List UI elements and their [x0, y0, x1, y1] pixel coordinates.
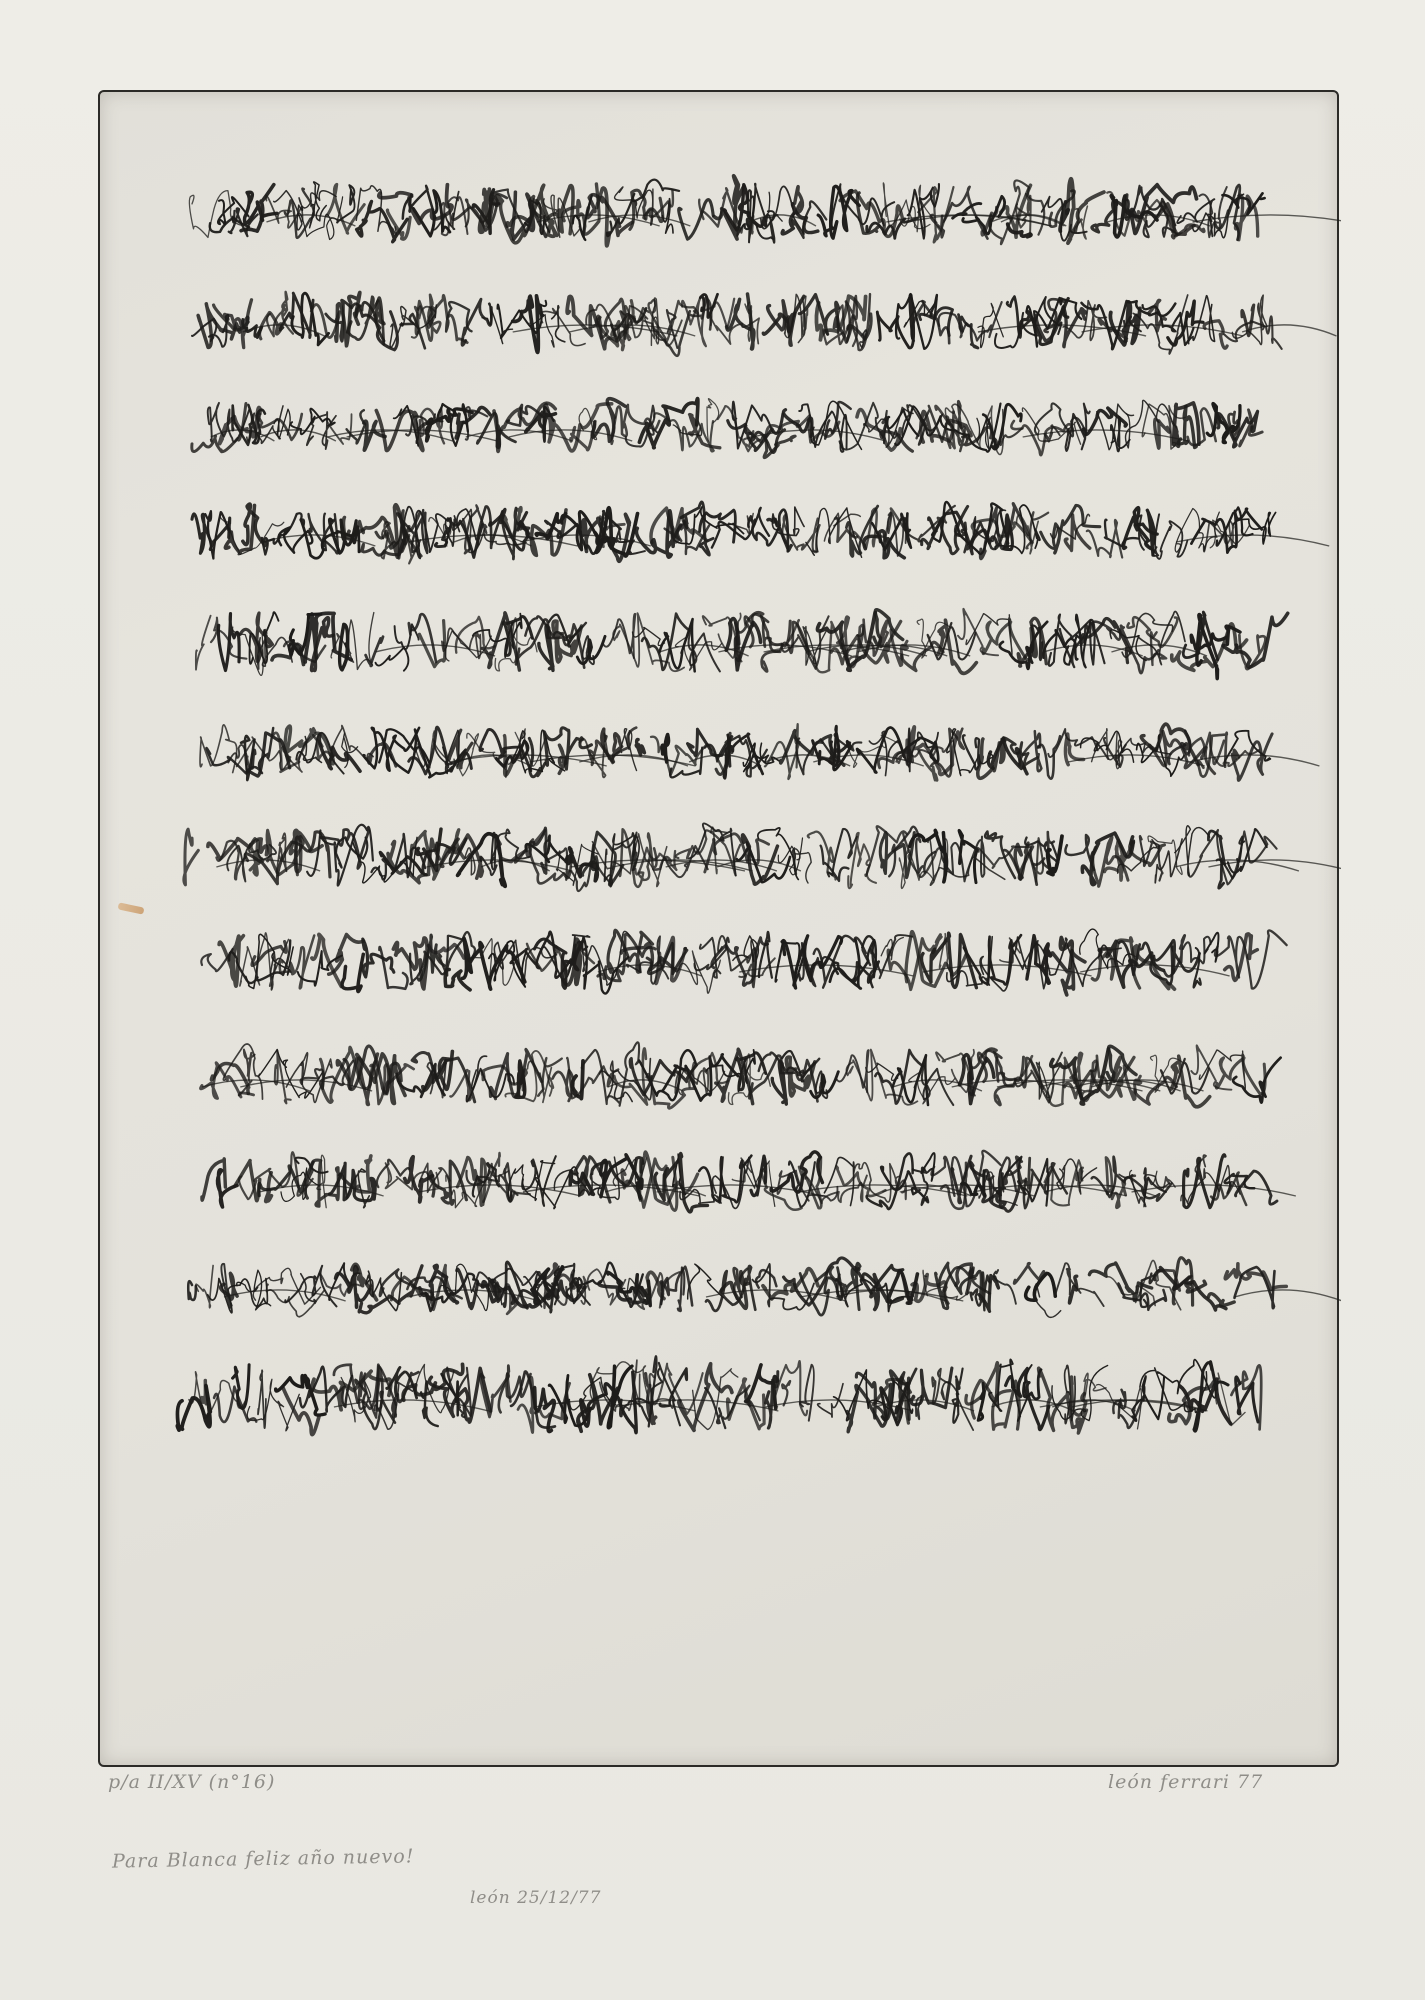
scribble-row [192, 502, 1329, 564]
scribble-row [201, 1042, 1281, 1108]
etching-plate [98, 90, 1339, 1767]
dedication-signature: león 25/12/77 [470, 1888, 601, 1908]
calligraphic-scribble-rows [100, 92, 1341, 1769]
scribble-row [192, 399, 1262, 458]
scribble-row [189, 176, 1341, 246]
scribble-row [201, 929, 1286, 995]
scribble-row [200, 724, 1319, 780]
scribble-row [177, 1356, 1261, 1434]
artist-signature: león ferrari 77 [1108, 1771, 1263, 1793]
dedication-text: Para Blanca feliz año nuevo! [112, 1845, 415, 1872]
scribble-row [196, 609, 1288, 679]
scribble-row [188, 1258, 1341, 1318]
paper-sheet: p/a II/XV (n°16) león ferrari 77 Para Bl… [0, 0, 1425, 2000]
scribble-row [192, 292, 1337, 356]
edition-number: p/a II/XV (n°16) [108, 1771, 275, 1793]
scribble-row [184, 823, 1341, 891]
scribble-row [202, 1151, 1296, 1212]
